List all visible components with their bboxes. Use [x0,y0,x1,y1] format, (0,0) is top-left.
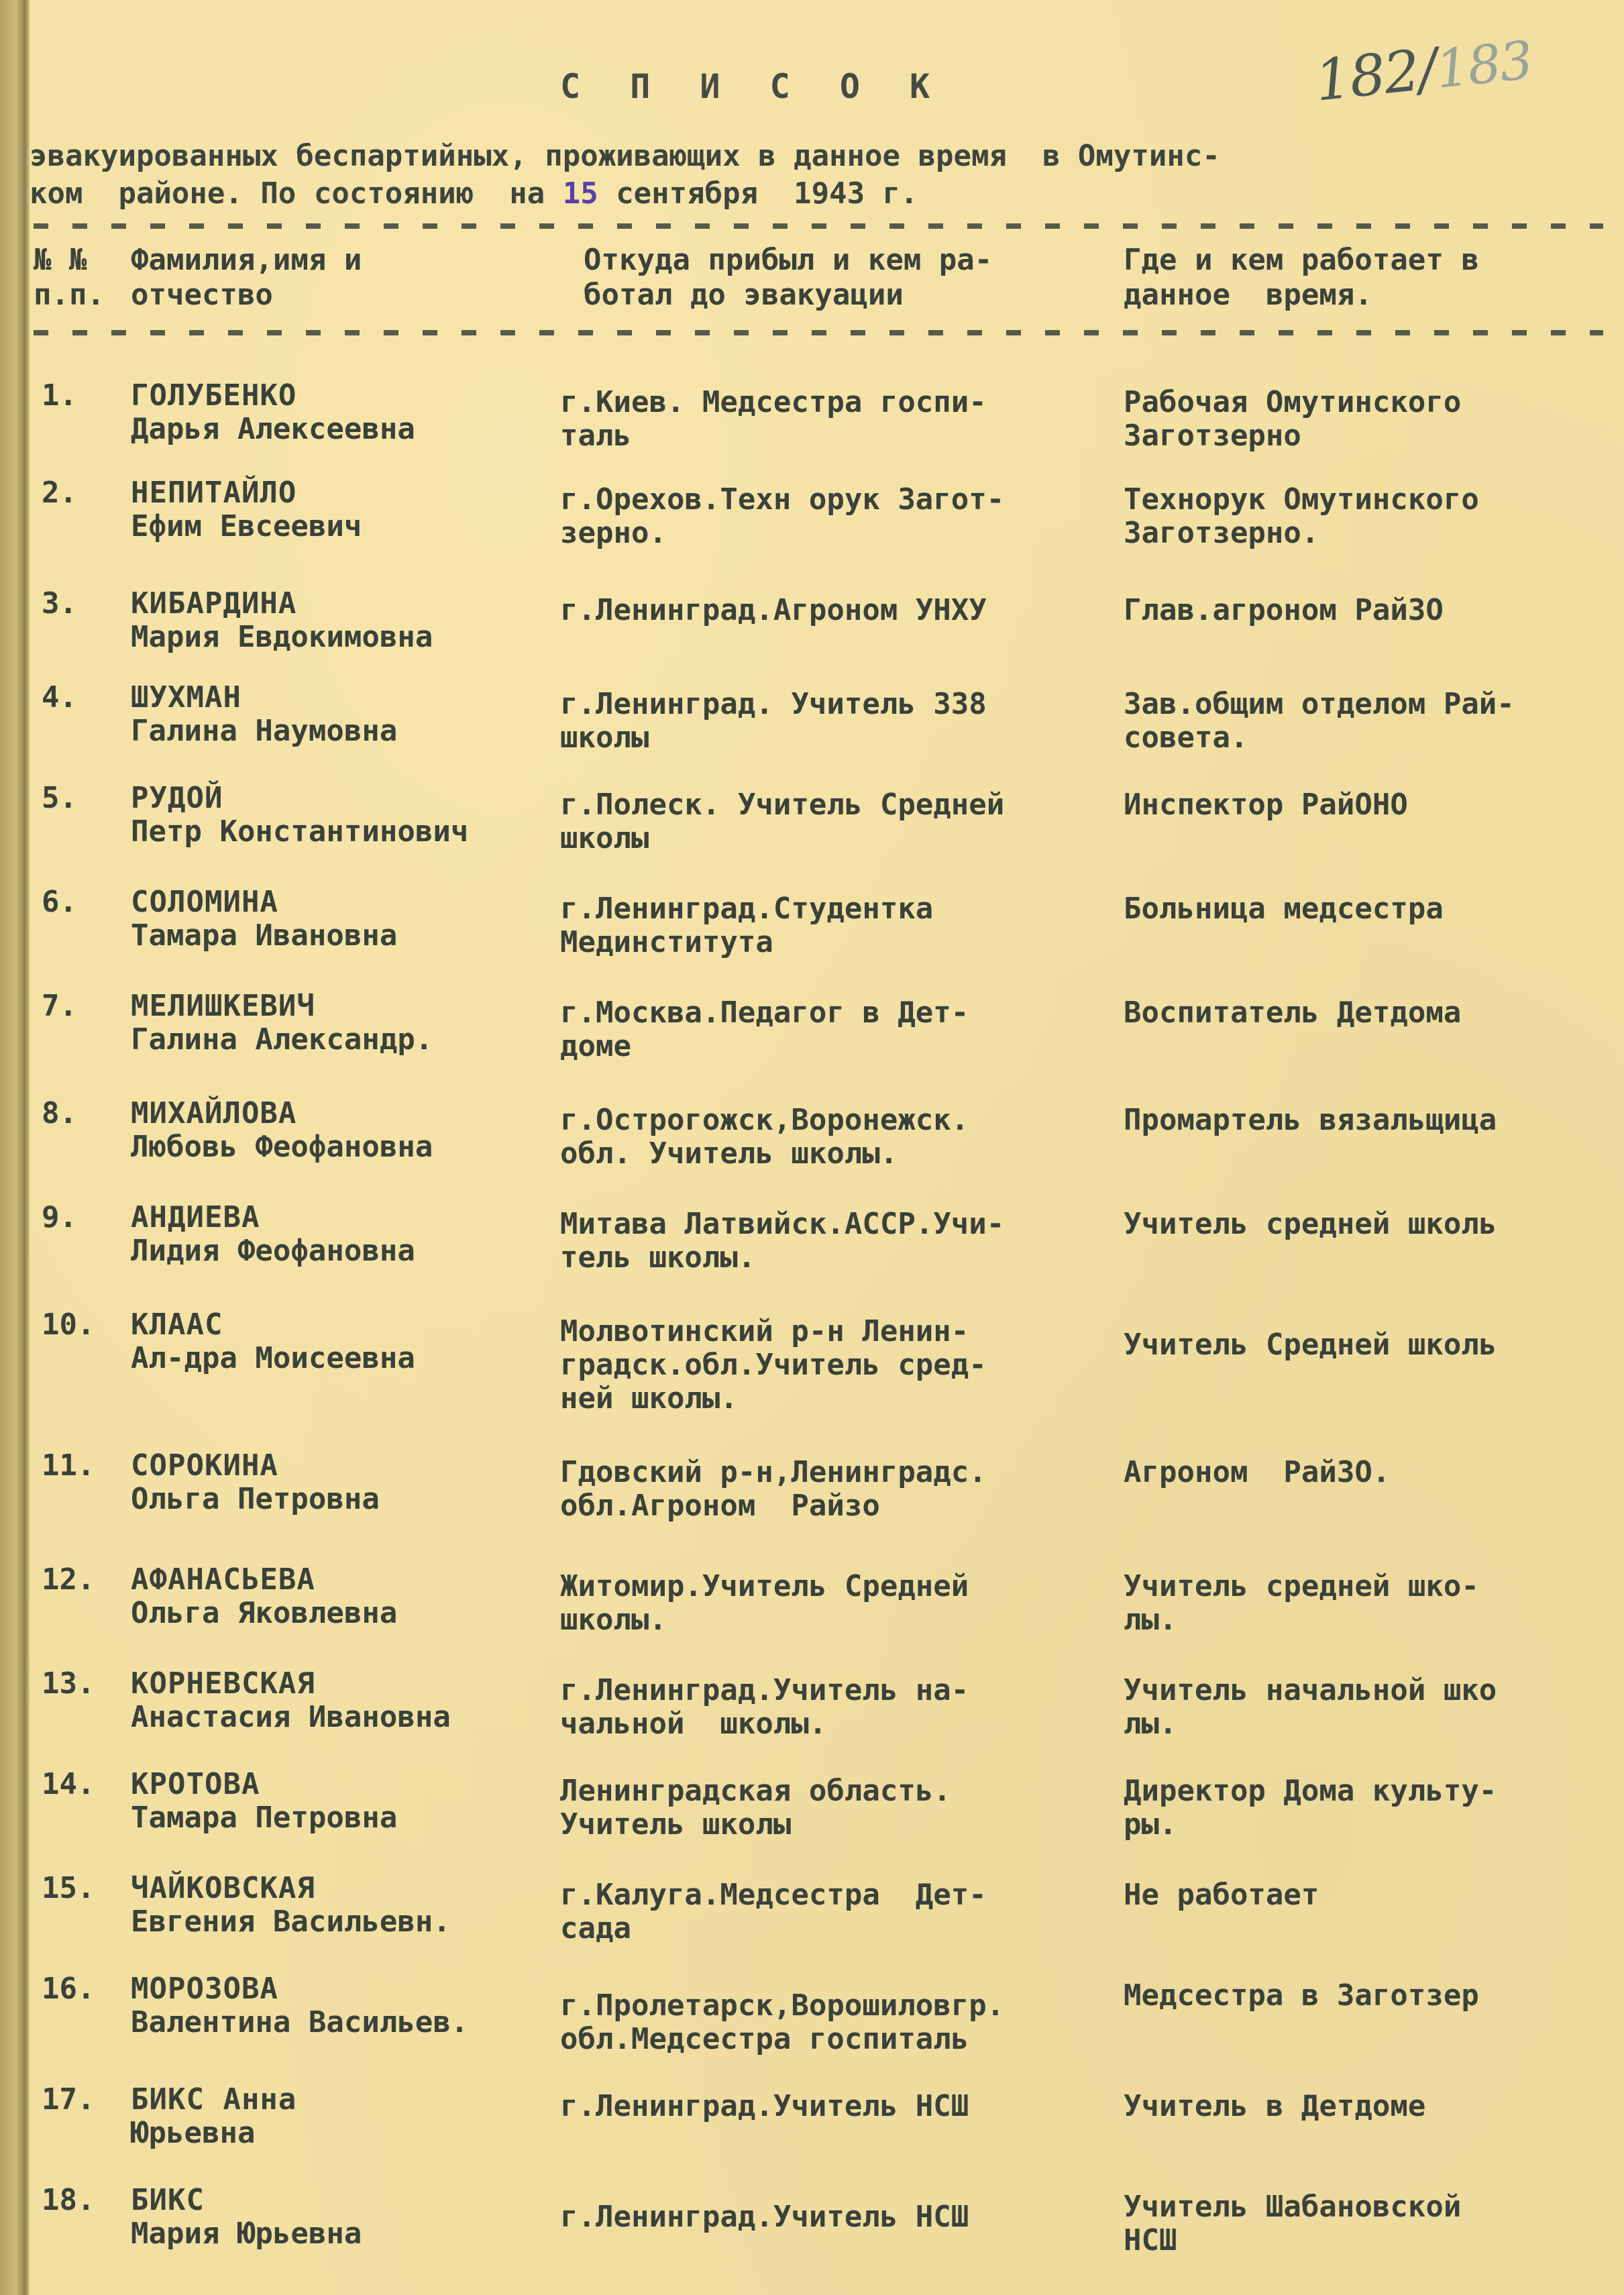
row-origin-line: доме [560,1030,631,1063]
row-current-line: Учитель начальной шко [1124,1674,1497,1707]
row-origin-line: обл.Медсестра госпиталь [560,2023,969,2056]
row-surname: СОЛОМИНА [131,886,278,919]
row-current-line: Больница медсестра [1124,892,1444,926]
subtitle-date-day: 15 [563,176,598,211]
row-origin-line: таль [560,419,631,453]
row-number: 1. [42,379,77,413]
row-current-line: Воспитатель Детдома [1124,996,1461,1030]
header-origin-line-2: ботал до эвакуации [584,278,904,312]
header-origin-line-1: Откуда прибыл и кем ра- [584,243,992,277]
row-origin-line: г.Ленинград.Учитель НСШ [560,2090,969,2123]
row-surname: КОРНЕВСКАЯ [131,1667,315,1701]
header-origin: Откуда прибыл и кем ра- ботал до эвакуац… [584,243,992,313]
document-subtitle: эвакуированных беспартийных, проживающих… [30,138,1599,213]
row-given-names: Юрьевна [131,2117,255,2150]
row-surname: МОРОЗОВА [131,1972,278,2006]
row-origin-line: сада [560,1912,631,1945]
row-origin-line: обл.Агроном Райзо [560,1489,880,1523]
row-surname: СОРОКИНА [131,1449,278,1483]
header-name-line-1: Фамилия,имя и [131,243,362,277]
row-surname: ЧАЙКОВСКАЯ [131,1872,315,1905]
row-given-names: Анастасия Ивановна [131,1701,451,1734]
row-current-line: лы. [1124,1707,1177,1741]
row-given-names: Петр Константинович [131,815,468,849]
row-origin-line: г.Острогожск,Воронежск. [560,1104,969,1137]
row-current-line: Директор Дома культу- [1124,1774,1497,1808]
row-origin-line: г.Ленинград.Агроном УНХУ [560,594,987,627]
row-number: 10. [42,1308,95,1342]
row-number: 17. [42,2083,95,2117]
header-current: Где и кем работает в данное время. [1124,243,1479,313]
row-origin-line: школы. [560,1603,667,1637]
row-current-line: Учитель средней шко- [1124,1570,1479,1603]
row-origin-line: Учитель школы [560,1808,791,1842]
header-current-line-2: данное время. [1124,278,1372,312]
row-given-names: Любовь Феофановна [131,1130,433,1164]
row-current-line: Не работает [1124,1878,1319,1912]
row-origin-line: Мединститута [560,926,773,959]
row-origin-line: г.Москва.Педагог в Дет- [560,996,969,1030]
row-origin-line: обл. Учитель школы. [560,1137,898,1171]
row-origin-line: Житомир.Учитель Средней [560,1570,969,1603]
header-number-line-2: п.п. [34,278,105,312]
row-origin-line: градск.обл.Учитель сред- [560,1348,987,1382]
row-current-line: НСШ [1124,2224,1177,2257]
folio-current: 182 [1312,38,1422,114]
row-origin-line: Гдовский р-н,Ленинградс. [560,1456,987,1489]
row-given-names: Ефим Евсеевич [131,510,362,543]
row-number: 7. [42,990,77,1023]
row-origin-line: г.Ленинград. Учитель 338 [560,688,987,721]
row-given-names: Мария Евдокимовна [131,621,433,654]
row-given-names: Лидия Феофановна [131,1234,415,1268]
row-current-line: Заготзерно. [1124,517,1319,550]
row-given-names: Ал-дра Моисеевна [131,1342,415,1375]
dashed-rule-header [34,330,1603,335]
row-number: 9. [42,1201,77,1234]
row-given-names: Галина Александр. [131,1023,433,1057]
row-origin-line: школы [560,822,649,855]
row-origin-line: г.Ленинград.Студентка [560,892,933,926]
header-current-line-1: Где и кем работает в [1124,243,1479,277]
row-surname: БИКС Анна [131,2083,296,2117]
row-given-names: Тамара Петровна [131,1801,397,1835]
subtitle-line-2-end: сентября 1943 г. [598,176,918,211]
row-number: 8. [42,1097,77,1130]
row-current-line: Агроном РайЗО. [1124,1456,1390,1489]
header-number-line-1: № № [34,243,87,277]
row-given-names: Мария Юрьевна [131,2217,362,2251]
row-given-names: Дарья Алексеевна [131,413,415,446]
row-origin-line: г.Киев. Медсестра госпи- [560,386,987,419]
row-origin-line: г.Калуга.Медсестра Дет- [560,1878,987,1912]
row-surname: АНДИЕВА [131,1201,260,1234]
row-surname: КРОТОВА [131,1768,260,1801]
row-number: 14. [42,1768,95,1801]
row-origin-line: г.Пролетарск,Ворошиловгр. [560,1989,1004,2023]
row-current-line: Глав.агроном РайЗО [1124,594,1444,627]
row-current-line: совета. [1124,721,1248,755]
row-given-names: Ольга Петровна [131,1483,380,1516]
row-number: 11. [42,1449,95,1483]
row-current-line: ры. [1124,1808,1177,1842]
row-origin-line: г.Ленинград.Учитель на- [560,1674,969,1707]
row-current-line: Медсестра в Заготзер [1124,1979,1479,2013]
row-current-line: Рабочая Омутинского [1124,386,1461,419]
row-surname: МЕЛИШКЕВИЧ [131,990,315,1023]
folio-previous: 183 [1433,30,1535,100]
row-current-line: Промартель вязальщица [1124,1104,1497,1137]
header-name: Фамилия,имя и отчество [131,243,362,313]
row-surname: КИБАРДИНА [131,587,296,621]
row-current-line: лы. [1124,1603,1177,1637]
row-current-line: Учитель средней школь [1124,1208,1497,1241]
header-name-line-2: отчество [131,278,273,312]
subtitle-line-2-start: ком районе. По состоянию на [30,176,563,211]
row-origin-line: Ленинградская область. [560,1774,951,1808]
row-number: 18. [42,2184,95,2217]
row-current-line: Техноpук Омутинского [1124,483,1479,517]
row-origin-line: тель школы. [560,1241,755,1275]
row-origin-line: Митава Латвийск.АССР.Учи- [560,1208,1004,1241]
page-title: С П И С О К [560,67,944,106]
row-surname: ГОЛУБЕНКО [131,379,296,413]
row-current-line: Зав.общим отделом Рай- [1124,688,1515,721]
row-current-line: Учитель в Детдоме [1124,2090,1425,2123]
row-origin-line: г.Ленинград.Учитель НСШ [560,2200,969,2234]
row-number: 12. [42,1563,95,1597]
row-origin-line: г.Орехов.Техн орук Загот- [560,483,1004,517]
row-given-names: Тамара Ивановна [131,919,397,953]
page-binding-edge [0,0,30,2295]
row-number: 3. [42,587,77,621]
row-origin-line: г.Полеск. Учитель Средней [560,788,1004,822]
row-given-names: Евгения Васильевн. [131,1905,451,1939]
row-number: 2. [42,476,77,510]
row-current-line: Заготзерно [1124,419,1301,453]
row-number: 6. [42,886,77,919]
dashed-rule-top [34,223,1603,229]
row-origin-line: ней школы. [560,1382,738,1416]
row-surname: ШУХМАН [131,681,241,714]
row-given-names: Ольга Яковлевна [131,1597,397,1630]
row-surname: РУДОЙ [131,782,223,815]
row-number: 4. [42,681,77,714]
row-number: 16. [42,1972,95,2006]
row-number: 13. [42,1667,95,1701]
row-surname: КЛААС [131,1308,223,1342]
row-number: 15. [42,1872,95,1905]
row-surname: АФАНАСЬЕВА [131,1563,315,1597]
row-origin-line: Молвотинский р-н Ленин- [560,1315,969,1348]
row-current-line: Инспектор РайОНО [1124,788,1408,822]
row-given-names: Галина Наумовна [131,714,397,748]
row-surname: БИКС [131,2184,205,2217]
row-surname: МИХАЙЛОВА [131,1097,296,1130]
row-given-names: Валентина Васильев. [131,2006,468,2039]
subtitle-line-1: эвакуированных беспартийных, проживающих… [30,139,1220,173]
header-number: № № п.п. [34,243,105,313]
row-current-line: Учитель Средней школь [1124,1328,1497,1362]
row-origin-line: чальной школы. [560,1707,826,1741]
row-surname: НЕПИТАЙЛО [131,476,296,510]
row-origin-line: зерно. [560,517,667,550]
row-origin-line: школы [560,721,649,755]
row-number: 5. [42,782,77,815]
row-current-line: Учитель Шабановской [1124,2190,1461,2224]
